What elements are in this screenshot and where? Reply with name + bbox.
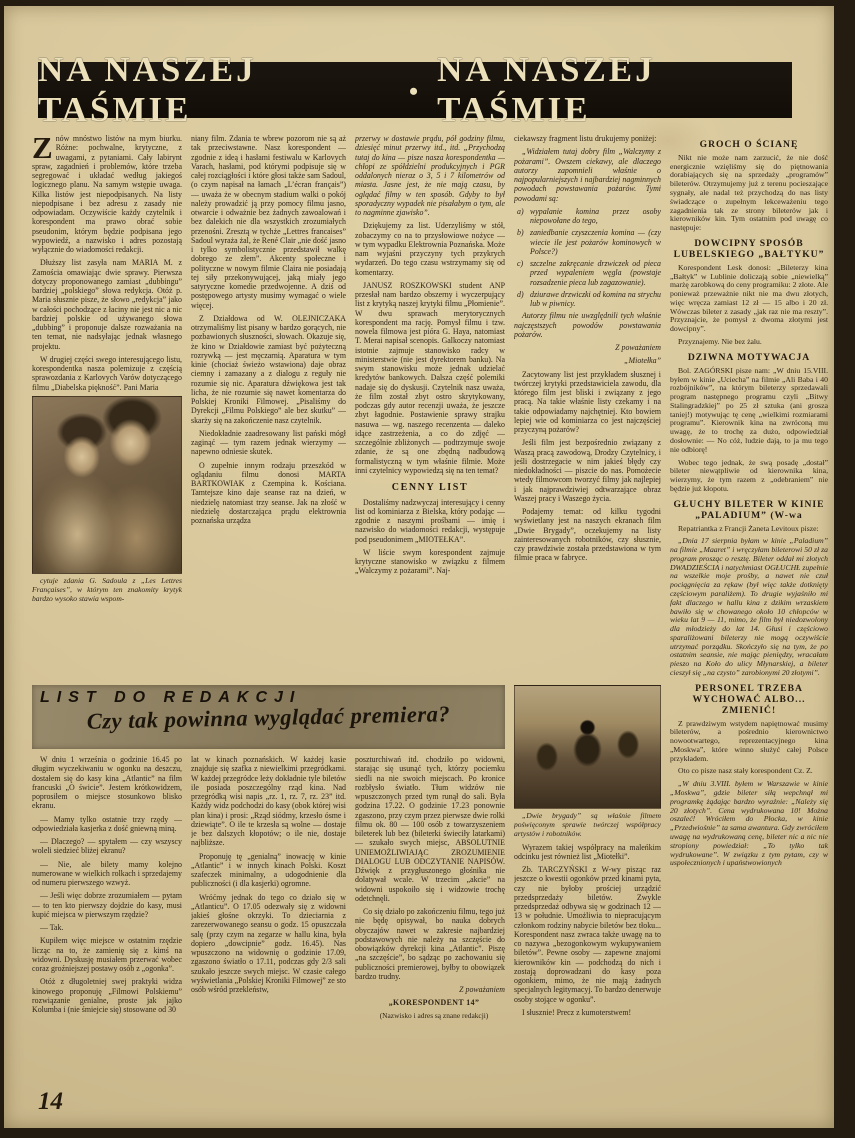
heading-dziwna-motywacja: DZIWNA MOTYWACJA [670,353,828,364]
letter-quote: Autorzy filmu nie uwzględnili tych właśn… [514,311,661,339]
column-1: Znów mnóstwo listów na mym biurku. Różne… [32,134,182,679]
list-item-b: b)zaniedbanie czyszczenia komina — (czy … [514,228,661,256]
masthead-bullet-icon: • [409,79,421,105]
masthead-banner: NA NASZEJ TAŚMIE • NA NASZEJ TAŚMIE [38,62,792,118]
list-item-c: c)szczelne zakręcanie drzwiczek od pieca… [514,259,661,287]
paragraph: Dłuższy list zasyła nam MARIA M. z Zamoś… [32,258,182,351]
paragraph: Zacytowany list jest przykładem słusznej… [514,370,661,435]
dialogue-line: — Jeśli więc dobrze zrozumiałem — pytam … [32,891,182,919]
letter-column-c: poszturchiwań itd. chodziło po widowni, … [355,755,505,1100]
paragraph: Proponuję tę „genialną” inowację w kinie… [191,852,346,889]
heading-dowcipny-sposob: DOWCIPNY SPOSÓB LUBELSKIEGO „BAŁTYKU” [670,239,828,261]
drop-cap: Z [32,134,56,160]
paragraph: Z prawdziwym wstydem napiętnować musimy … [670,720,828,764]
paragraph: ciekawszy fragment listu drukujemy poniż… [514,134,661,143]
paragraph: Korespondent Lesk donosi: „Bileterzy kin… [670,264,828,334]
magazine-page: NA NASZEJ TAŚMIE • NA NASZEJ TAŚMIE Znów… [4,6,834,1128]
paragraph: przerwy w dostawie prądu, pół godziny fi… [355,134,505,217]
heading-cenny-list: CENNY LIST [355,482,505,494]
paragraph: Repatriantka z Francji Żaneta Levitoux p… [670,525,828,534]
list-item-a: a)wypalanie komina przez osoby niepowoła… [514,207,661,226]
paragraph: Jeśli film jest bezpośrednio związany z … [514,438,661,503]
letters-section-header: LIST DO REDAKCJI Czy tak powinna wygląda… [32,685,505,749]
paragraph: W liście swym korespondent zajmuje kryty… [355,548,505,576]
dialogue-line: — Tak. [32,923,182,932]
article-layout: Znów mnóstwo listów na mym biurku. Różne… [32,134,828,1100]
signature-line: Z poważaniem [355,985,505,994]
letter-column-a: W dniu 1 września o godzinie 16.45 po dł… [32,755,182,1100]
paragraph: Oto co pisze nasz stały korespondent Cz.… [670,767,828,776]
photo-crowd [514,685,661,809]
signature-line: Z poważaniem [514,343,661,352]
paragraph: O zupełnie innym rodzaju przeszkód w ogl… [191,461,346,526]
signature-name: „Miotełka” [514,356,661,365]
paragraph: poszturchiwań itd. chodziło po widowni, … [355,755,505,903]
letter-quote: „Dnia 17 sierpnia byłam w kinie „Paladiu… [670,537,828,678]
column-5: GROCH O ŚCIANĘ Nikt nie może nam zarzuci… [670,134,828,1100]
paragraph: I słusznie! Precz z kumoterstwem! [514,1008,661,1017]
paragraph: Podajemy temat: od kilku tygodni wyświet… [514,507,661,563]
dialogue-line: — Nie, ale bilety mamy kolejno numerowan… [32,860,182,888]
signature-note: (Nazwisko i adres są znane redakcji) [355,1012,505,1021]
paragraph: Bol. ZAGÓRSKI pisze nam: „W dniu 15.VIII… [670,367,828,455]
paragraph: Niedokładnie zaadresowany list pański mó… [191,429,346,457]
column-2: niany film. Zdania te wbrew pozorom nie … [191,134,346,679]
paragraph: Z Działdowa od W. OLEJNICZAKA otrzymaliś… [191,314,346,425]
letter-quote: „Widziałem tutaj dobry film „Walczymy z … [514,147,661,203]
paragraph: Dziękujemy za list. Uderzyliśmy w stół, … [355,221,505,277]
paragraph: Wyrazem takiej współpracy na maleńkim od… [514,843,661,862]
paragraph: W drugiej części swego interesującego li… [32,355,182,392]
paragraph: lat w kinach poznańskich. W każdej kasie… [191,755,346,848]
paragraph: Przyznajemy. Nie bez żalu. [670,338,828,347]
photo-caption: „Dwie brygady” są właśnie filmem poświęc… [514,812,661,839]
letter-column-b: lat w kinach poznańskich. W każdej kasie… [191,755,346,1100]
page-number: 14 [38,1088,63,1116]
masthead-title-left: NA NASZEJ TAŚMIE [38,50,393,130]
masthead-title-right: NA NASZEJ TAŚMIE [437,50,792,130]
heading-gluchy-bileter: GŁUCHY BILETER W KINIE „PALADIUM” (W-wa [670,500,828,522]
paragraph: Otóż z długoletniej swej praktyki widza … [32,977,182,1014]
dialogue-line: — Mamy tylko ostatnie trzy rzędy — odpow… [32,815,182,834]
paragraph: Dostaliśmy nadzwyczaj interesujący i cen… [355,498,505,544]
signature-name: „KORESPONDENT 14” [355,998,505,1007]
paragraph: niany film. Zdania te wbrew pozorom nie … [191,134,346,310]
photo-caption: cytuje zdania G. Sadoula z „Les Lettres … [32,577,182,604]
heading-groch-o-sciane: GROCH O ŚCIANĘ [670,140,828,151]
paragraph: Wróćmy jednak do tego co działo się w „A… [191,893,346,995]
paragraph: Kupiłem więc miejsce w ostatnim rzędzie … [32,936,182,973]
paragraph: Wobec tego jednak, że swą posadę „dostał… [670,459,828,494]
paragraph: W dniu 1 września o godzinie 16.45 po dł… [32,755,182,811]
heading-personel-trzeba: PERSONEL TRZEBA WYCHOWAĆ ALBO... ZMIENIĆ… [670,684,828,717]
paragraph: Znów mnóstwo listów na mym biurku. Różne… [32,134,182,254]
paragraph: Nikt nie może nam zarzucić, że nie dość … [670,154,828,233]
column-4-bottom: „Dwie brygady” są właśnie filmem poświęc… [514,685,661,1100]
photo-couple [32,396,182,574]
list-item-d: d)dziurawe drzwiczki od komina na strych… [514,290,661,309]
letter-quote: „W dniu 3.VIII. byłem w Warszawie w kini… [670,780,828,868]
paragraph: Zb. TARCZYŃSKI z W-wy pisząc raz jeszcze… [514,865,661,1004]
column-3: przerwy w dostawie prądu, pół godziny fi… [355,134,505,679]
paragraph: Co się działo po zakończeniu filmu, tego… [355,907,505,981]
dialogue-line: — Dlaczego? — spytałem — czy wszyscy wol… [32,837,182,856]
paragraph: JANUSZ ROSZKOWSKI student ANP przesłał n… [355,281,505,475]
column-4-top: ciekawszy fragment listu drukujemy poniż… [514,134,661,679]
